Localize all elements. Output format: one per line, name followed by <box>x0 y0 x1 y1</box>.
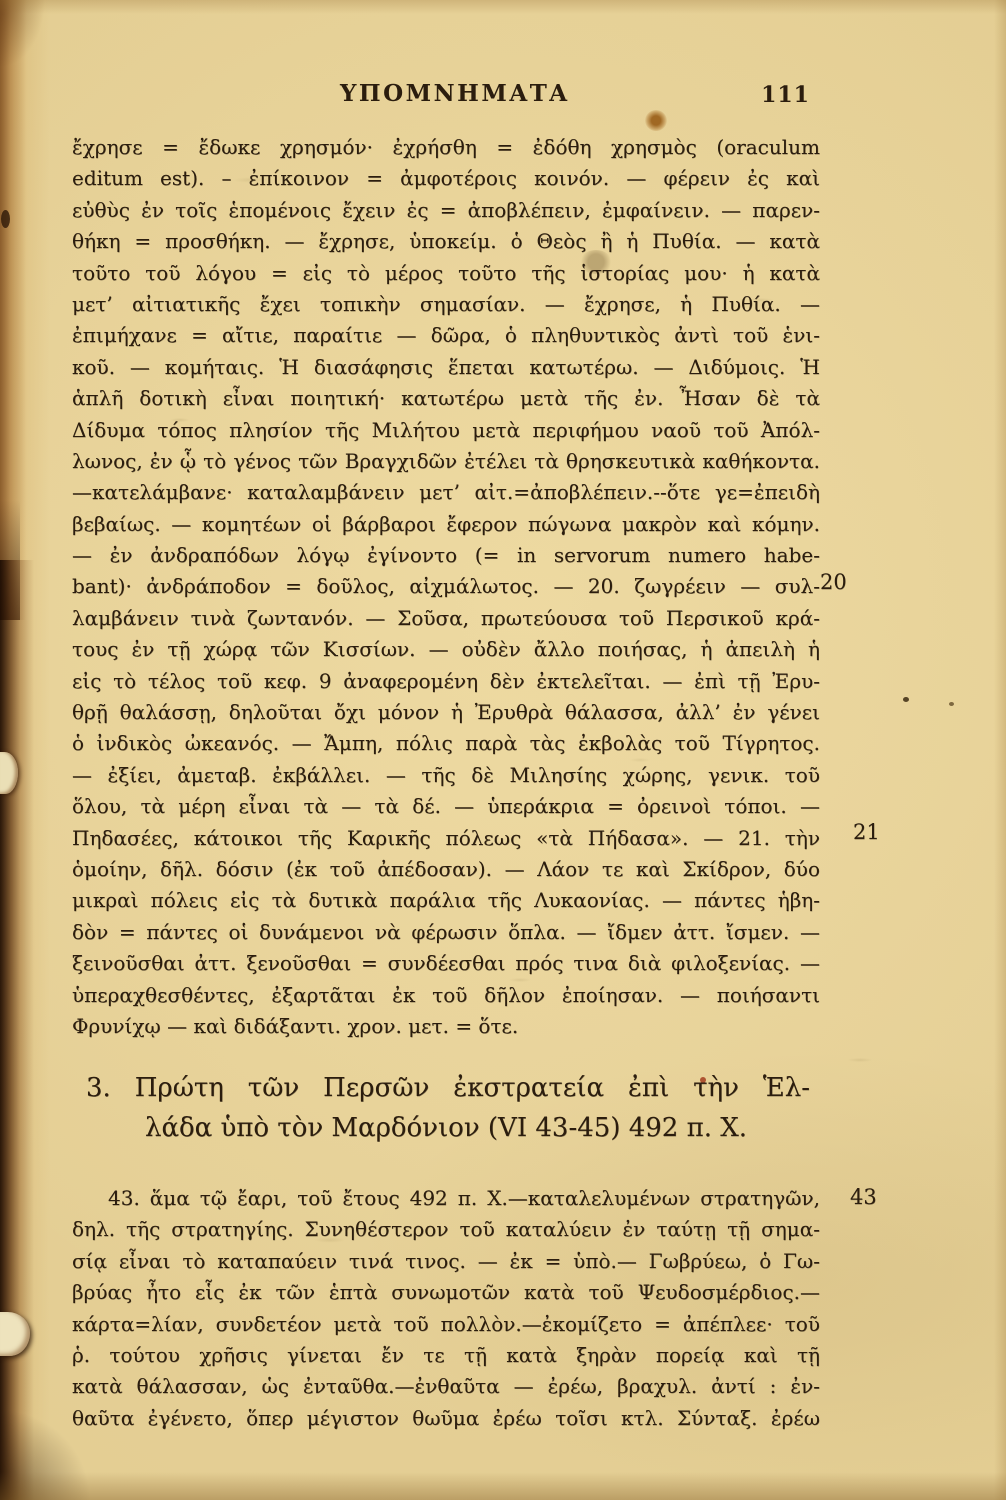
text-line: σίᾳ εἶναι τὸ καταπαύειν τινά τινος. — ἐκ… <box>72 1246 820 1277</box>
margin-number-20: 20 <box>820 570 847 594</box>
text-line: Δίδυμα τόπος πλησίον τῆς Μιλήτου μετὰ πε… <box>72 415 820 446</box>
text-line: Πηδασέες, κάτοικοι τῆς Καρικῆς πόλεως «τ… <box>72 823 820 854</box>
text-line: — ἐξίει, ἀμεταβ. ἐκβάλλει. — τῆς δὲ Μιλη… <box>72 760 820 791</box>
bottom-edge-shadow <box>0 1472 1006 1500</box>
text-line: τοῦτο τοῦ λόγου = εἰς τὸ μέρος τοῦτο τῆς… <box>72 258 820 289</box>
text-line: κοῦ. — κομήταις. Ἡ διασάφησις ἕπεται κατ… <box>72 352 820 383</box>
text-line: εἰς τὸ τέλος τοῦ κεφ. 9 ἀναφερομένη δὲν … <box>72 666 820 697</box>
section-heading: 3. Πρώτη τῶν Περσῶν ἐκστρατεία ἐπὶ τὴν Ἑ… <box>72 1068 820 1148</box>
text-line: κατὰ θάλασσαν, ὡς ἐνταῦθα.—ἐνθαῦτα — ἐρέ… <box>72 1371 820 1402</box>
commentary-paragraph-2: 43. ἅμα τῷ ἔαρι, τοῦ ἔτους 492 π. Χ.—κατ… <box>72 1183 820 1434</box>
text-line: ὅλου, τὰ μέρη εἶναι τὰ — τὰ δέ. — ὑπεράκ… <box>72 791 820 822</box>
text-line: bant)· ἀνδράποδον = δοῦλος, αἰχμάλωτος. … <box>72 571 820 602</box>
edge-speck <box>1 210 10 228</box>
text-line: θρῇ θαλάσσῃ, δηλοῦται ὄχι μόνον ἡ Ἐρυθρὰ… <box>72 697 820 728</box>
text-line: editum est). – ἐπίκοινον = ἀμφοτέροις κο… <box>72 163 820 194</box>
text-line: τους ἐν τῇ χώρᾳ τῶν Κισσίων. — οὐδὲν ἄλλ… <box>72 634 820 665</box>
binding-edge-lower <box>0 560 34 1500</box>
text-line: ὁ ἰνδικὸς ὠκεανός. — Ἄμπη, πόλις παρὰ τὰ… <box>72 728 820 759</box>
text-line: —κατελάμβανε· καταλαμβάνειν μετ’ αἰτ.=ἀπ… <box>72 477 820 508</box>
text-line: ἁπλῆ δοτικὴ εἶναι ποιητική· κατωτέρω μετ… <box>72 383 820 414</box>
text-line: λωνος, ἐν ᾧ τὸ γένος τῶν Βραγχιδῶν ἐτέλε… <box>72 446 820 477</box>
margin-number-21: 21 <box>853 820 880 844</box>
text-line: δὸν = πάντες οἱ δυνάμενοι νὰ φέρωσιν ὅπλ… <box>72 917 820 948</box>
text-line: θήκη = προσθήκη. — ἔχρησε, ὑποκείμ. ὁ Θε… <box>72 226 820 257</box>
page-number: 111 <box>760 82 810 108</box>
text-line: ἔχρησε = ἔδωκε χρησμόν· ἐχρήσθη = ἐδόθη … <box>72 132 820 163</box>
text-line: ῥ. τούτου χρῆσις γίνεται ἔν τε τῇ κατὰ ξ… <box>72 1340 820 1371</box>
text-line: μετ’ αἰτιατικῆς ἔχει τοπικὴν σημασίαν. —… <box>72 289 820 320</box>
top-edge-shadow <box>0 0 1006 14</box>
text-line: ξεινοῦσθαι ἀττ. ξενοῦσθαι = συνδέεσθαι π… <box>72 948 820 979</box>
text-line: βρύας ἦτο εἷς ἐκ τῶν ἑπτὰ συνωμοτῶν κατὰ… <box>72 1277 820 1308</box>
text-line: 3. Πρώτη τῶν Περσῶν ἐκστρατεία ἐπὶ τὴν Ἑ… <box>72 1068 820 1108</box>
running-header-title: ΥΠΟΜΝΗΜΑΤΑ <box>340 80 536 107</box>
text-line: ὑπεραχθεσθέντες, ἐξαρτᾶται ἐκ τοῦ δῆλον … <box>72 980 820 1011</box>
text-line: εὐθὺς ἐν τοῖς ἑπομένοις ἔχειν ἐς = ἀποβλ… <box>72 195 820 226</box>
right-edge-shadow <box>994 0 1006 1500</box>
scanned-book-page: ΥΠΟΜΝΗΜΑΤΑ 111 ἔχρησε = ἔδωκε χρησμόν· ἐ… <box>0 0 1006 1500</box>
text-line: λάδα ὑπὸ τὸν Μαρδόνιον (VI 43-45) 492 π.… <box>72 1108 820 1148</box>
text-line: — ἐν ἀνδραπόδων λόγῳ ἐγίνοντο (= in serv… <box>72 540 820 571</box>
ink-stain <box>645 110 667 131</box>
paper-speck <box>903 697 909 702</box>
text-line: θαῦτα ἐγένετο, ὅπερ μέγιστον θωῦμα ἐρέω … <box>72 1403 820 1434</box>
text-line: ὁμοίην, δῆλ. δόσιν (ἐκ τοῦ ἀπέδοσαν). — … <box>72 854 820 885</box>
text-line: ἐπιμήχανε = αἴτιε, παραίτιε — δῶρα, ὁ πλ… <box>72 320 820 351</box>
text-line: Φρυνίχῳ — καὶ διδάξαντι. χρον. μετ. = ὅτ… <box>72 1011 820 1042</box>
text-line: κάρτα=λίαν, συνδετέον μετὰ τοῦ πολλὸν.—ἐ… <box>72 1309 820 1340</box>
paper-speck <box>949 702 954 706</box>
text-line: 43. ἅμα τῷ ἔαρι, τοῦ ἔτους 492 π. Χ.—κατ… <box>72 1183 820 1214</box>
text-line: μικραὶ πόλεις εἰς τὰ δυτικὰ παράλια τῆς … <box>72 885 820 916</box>
margin-number-43: 43 <box>850 1185 877 1209</box>
text-line: λαμβάνειν τινὰ ζωντανόν. — Σοῦσα, πρωτεύ… <box>72 603 820 634</box>
commentary-paragraph-1: ἔχρησε = ἔδωκε χρησμόν· ἐχρήσθη = ἐδόθη … <box>72 132 820 1042</box>
text-line: βεβαίως. — κομητέων οἱ βάρβαροι ἔφερον π… <box>72 509 820 540</box>
text-line: δηλ. τῆς στρατηγίης. Συνηθέστερον τοῦ κα… <box>72 1214 820 1245</box>
